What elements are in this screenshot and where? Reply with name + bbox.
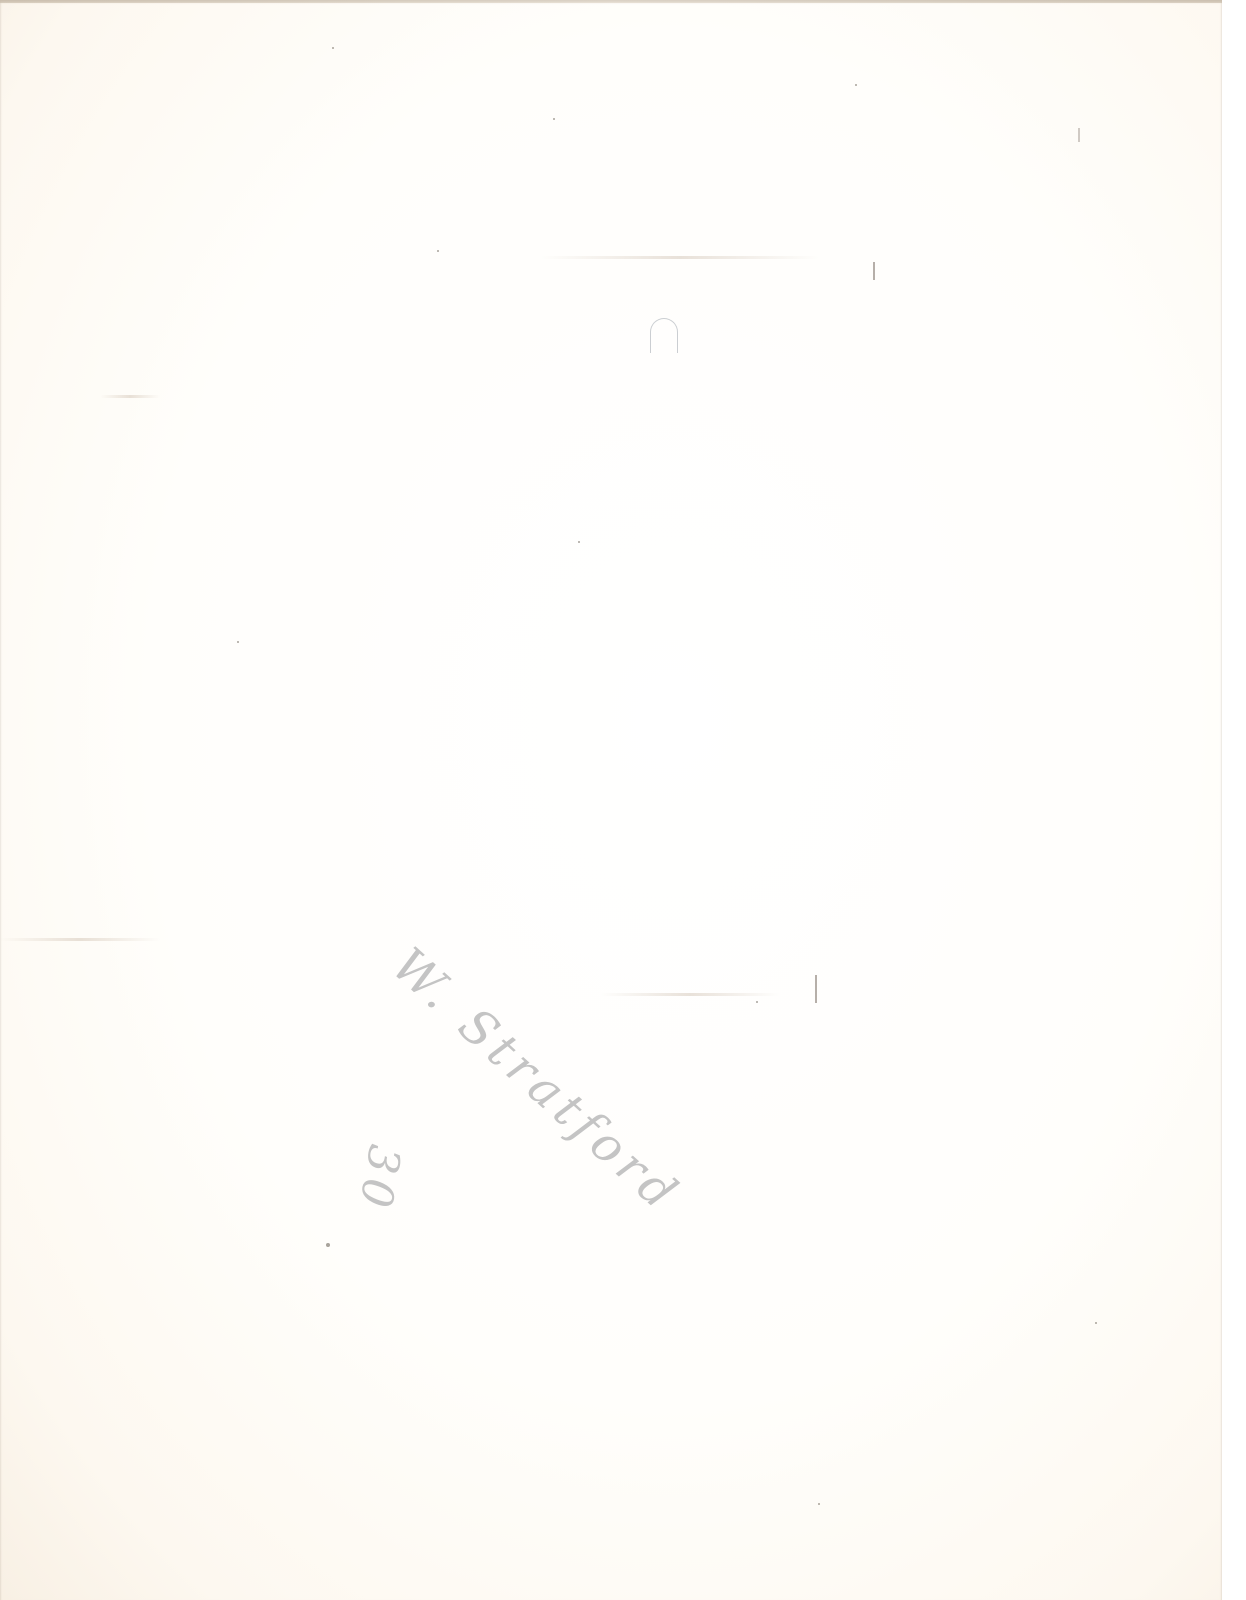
- speck: [332, 47, 334, 49]
- smudge: [600, 993, 780, 996]
- dark-mark: [873, 262, 875, 280]
- smudge: [540, 256, 820, 259]
- pencil-arc-mark: [650, 318, 678, 353]
- speck: [326, 1243, 330, 1247]
- dark-mark: [1078, 128, 1080, 142]
- scan-margin: [1222, 0, 1246, 1600]
- pencil-inscription-name: W. Stratford: [381, 937, 691, 1224]
- paper-sheet: W. Stratford 30: [0, 0, 1222, 1600]
- speck: [578, 541, 580, 543]
- pencil-inscription-number: 30: [348, 1141, 410, 1217]
- dark-mark: [815, 975, 817, 1003]
- speck: [855, 84, 857, 86]
- top-edge-shadow: [0, 0, 1222, 3]
- speck: [237, 641, 239, 643]
- smudge: [0, 938, 160, 941]
- speck: [818, 1503, 820, 1505]
- smudge: [100, 395, 160, 398]
- speck: [756, 1001, 758, 1003]
- speck: [437, 250, 439, 252]
- speck: [553, 118, 555, 120]
- speck: [1095, 1322, 1097, 1324]
